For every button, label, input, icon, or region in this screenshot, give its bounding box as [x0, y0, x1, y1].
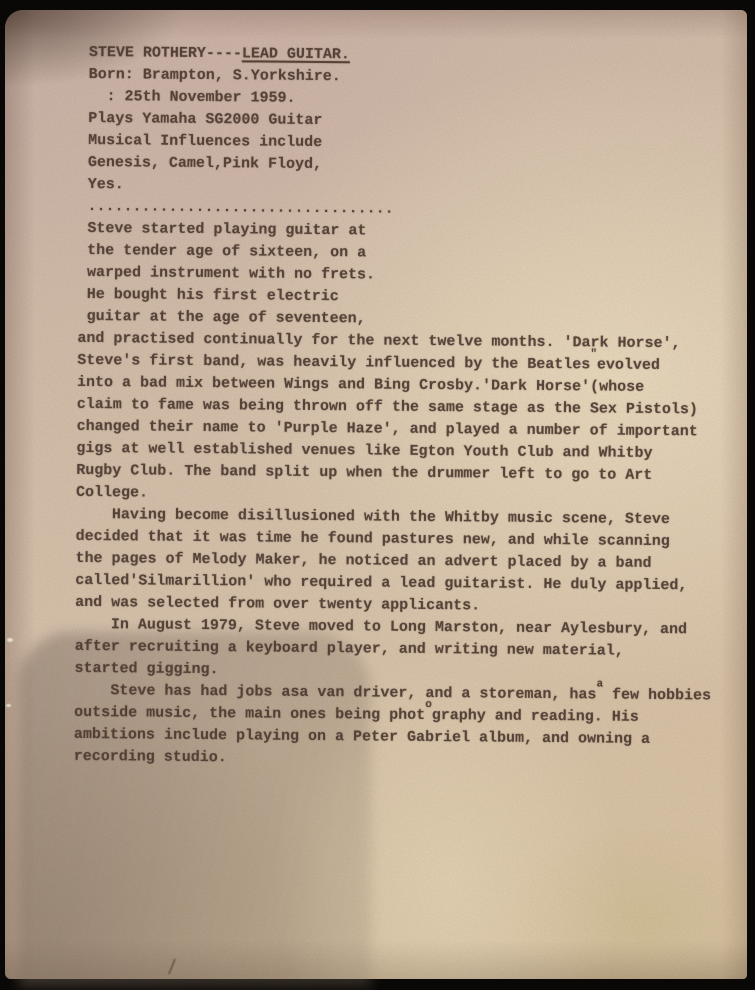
typewritten-text: STEVE ROTHERY----LEAD GUITAR. Born: Bram…: [74, 42, 730, 774]
photo-frame: STEVE ROTHERY----LEAD GUITAR. Born: Bram…: [0, 0, 755, 990]
paper-speck: [6, 704, 11, 707]
paper-speck: [7, 638, 13, 642]
